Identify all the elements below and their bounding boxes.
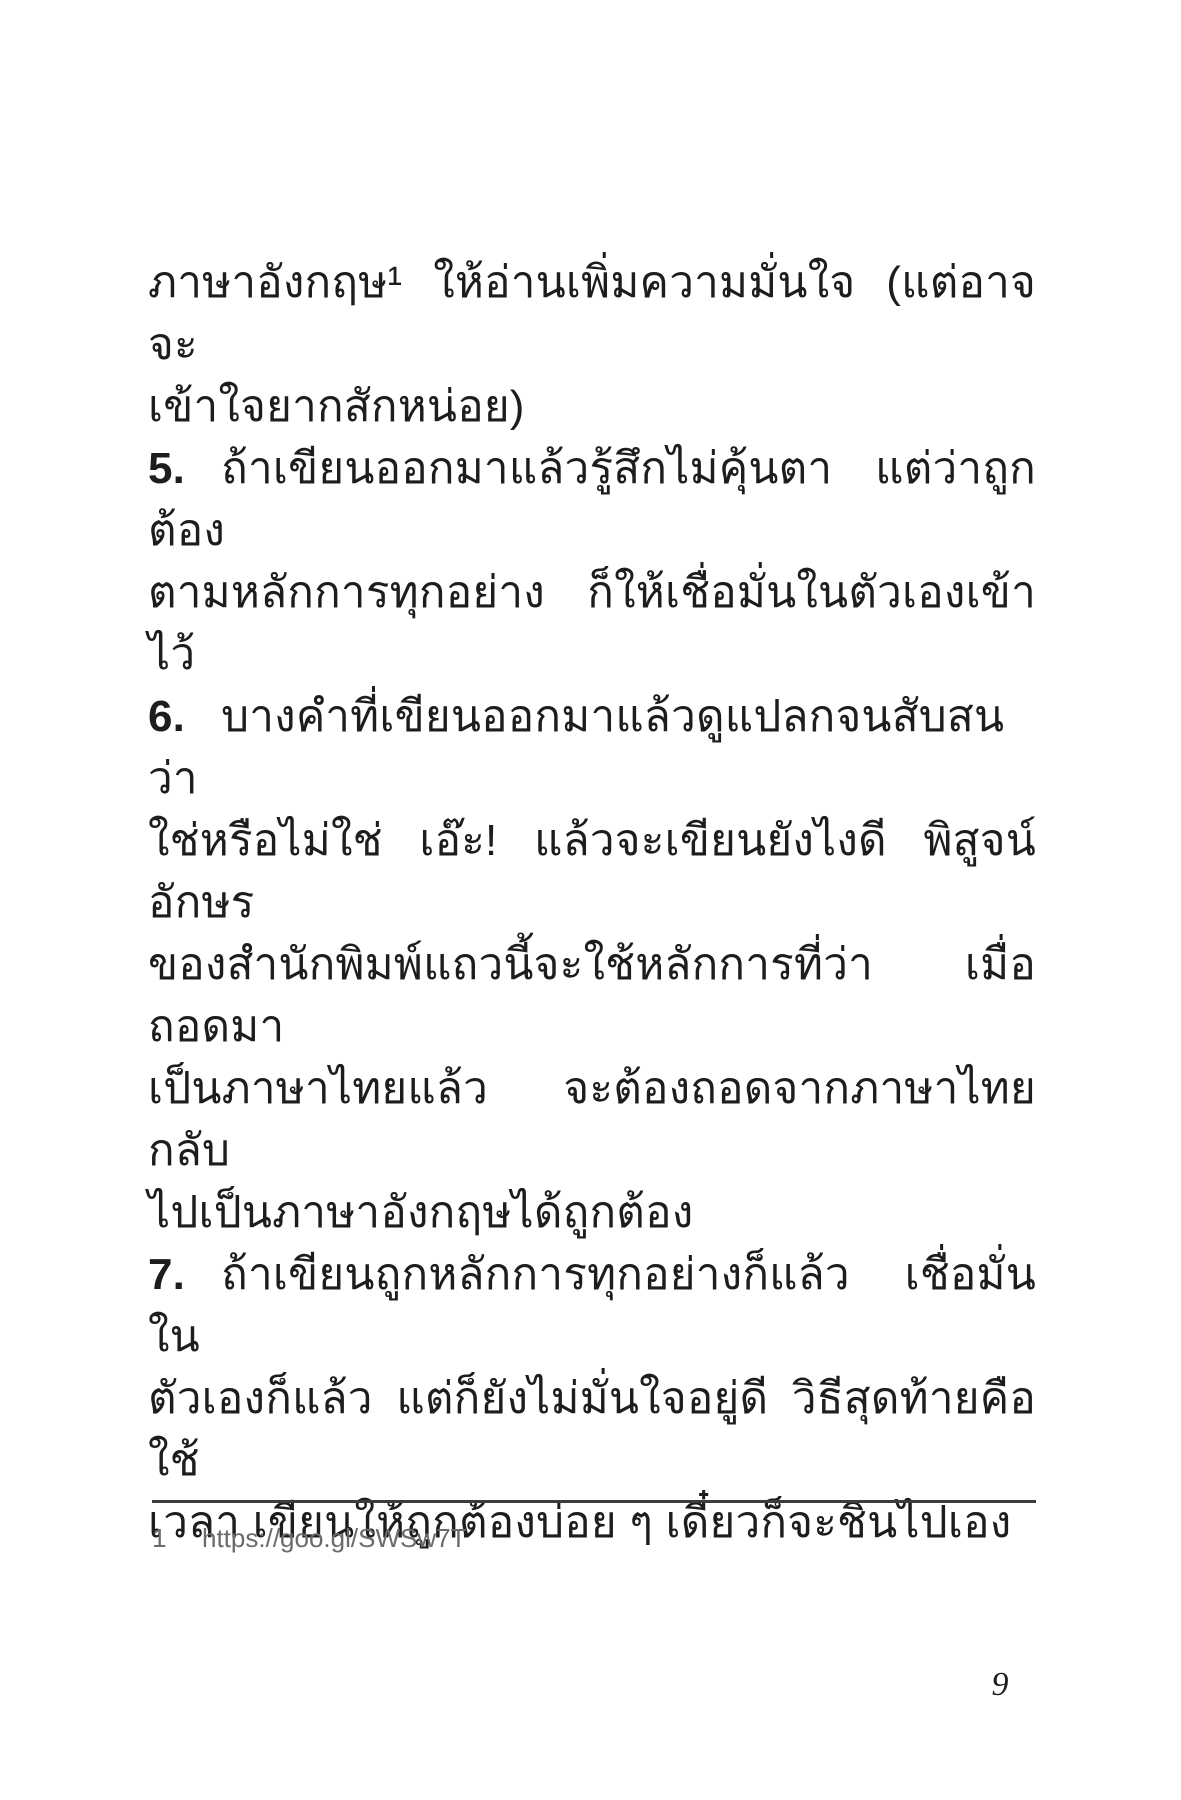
paragraph: 7.ถ้าเขียนถูกหลักการทุกอย่างก็แล้ว เชื่อ…	[148, 1244, 1036, 1554]
footnote-marker: 1	[152, 1518, 202, 1558]
text-line: ไปเป็นภาษาอังกฤษได้ถูกต้อง	[148, 1182, 1036, 1244]
text-line-content: ของสำนักพิมพ์แถวนี้จะใช้หลักการที่ว่า เม…	[148, 940, 1036, 1051]
text-line: เป็นภาษาไทยแล้ว จะต้องถอดจากภาษาไทยกลับ	[148, 1058, 1036, 1182]
text-line: ตัวเองก็แล้ว แต่ก็ยังไม่มั่นใจอยู่ดี วิธ…	[148, 1368, 1036, 1492]
text-line: เข้าใจยากสักหน่อย)	[148, 376, 1036, 438]
text-line-content: ตัวเองก็แล้ว แต่ก็ยังไม่มั่นใจอยู่ดี วิธ…	[148, 1374, 1036, 1485]
text-line-content: ตามหลักการทุกอย่าง ก็ให้เชื่อมั่นในตัวเอ…	[148, 568, 1036, 679]
footnote-divider	[152, 1500, 1036, 1503]
text-line-content: ใช่หรือไม่ใช่ เอ๊ะ! แล้วจะเขียนยังไงดี พ…	[148, 816, 1036, 927]
text-line-content: ถ้าเขียนถูกหลักการทุกอย่างก็แล้ว เชื่อมั…	[148, 1250, 1036, 1361]
page-number: 9	[955, 1666, 1045, 1704]
text-line: ภาษาอังกฤษ¹ ให้อ่านเพิ่มความมั่นใจ (แต่อ…	[148, 252, 1036, 376]
text-line: 6.บางคำที่เขียนออกมาแล้วดูแปลกจนสับสนว่า	[148, 686, 1036, 810]
body-text: ภาษาอังกฤษ¹ ให้อ่านเพิ่มความมั่นใจ (แต่อ…	[148, 252, 1036, 1554]
text-line-content: เป็นภาษาไทยแล้ว จะต้องถอดจากภาษาไทยกลับ	[148, 1064, 1036, 1175]
paragraph: ภาษาอังกฤษ¹ ให้อ่านเพิ่มความมั่นใจ (แต่อ…	[148, 252, 1036, 438]
list-item-number: 5.	[148, 444, 221, 493]
text-line-content: ถ้าเขียนออกมาแล้วรู้สึกไม่คุ้นตา แต่ว่าถ…	[148, 444, 1036, 555]
text-line-content: ไปเป็นภาษาอังกฤษได้ถูกต้อง	[148, 1188, 693, 1237]
list-item-number: 7.	[148, 1250, 221, 1299]
footnote: 1https://goo.gl/SWSw7T	[152, 1518, 1036, 1558]
text-line: 5.ถ้าเขียนออกมาแล้วรู้สึกไม่คุ้นตา แต่ว่…	[148, 438, 1036, 562]
text-line: ตามหลักการทุกอย่าง ก็ให้เชื่อมั่นในตัวเอ…	[148, 562, 1036, 686]
text-line: ใช่หรือไม่ใช่ เอ๊ะ! แล้วจะเขียนยังไงดี พ…	[148, 810, 1036, 934]
paragraph: 6.บางคำที่เขียนออกมาแล้วดูแปลกจนสับสนว่า…	[148, 686, 1036, 1244]
text-line-content: เข้าใจยากสักหน่อย)	[148, 382, 525, 431]
book-page: ภาษาอังกฤษ¹ ให้อ่านเพิ่มความมั่นใจ (แต่อ…	[0, 0, 1181, 1800]
footnote-link[interactable]: https://goo.gl/SWSw7T	[202, 1523, 466, 1553]
text-line-content: บางคำที่เขียนออกมาแล้วดูแปลกจนสับสนว่า	[148, 692, 1004, 803]
paragraph: 5.ถ้าเขียนออกมาแล้วรู้สึกไม่คุ้นตา แต่ว่…	[148, 438, 1036, 686]
text-line: ของสำนักพิมพ์แถวนี้จะใช้หลักการที่ว่า เม…	[148, 934, 1036, 1058]
text-line: 7.ถ้าเขียนถูกหลักการทุกอย่างก็แล้ว เชื่อ…	[148, 1244, 1036, 1368]
text-line-content: ภาษาอังกฤษ¹ ให้อ่านเพิ่มความมั่นใจ (แต่อ…	[148, 258, 1036, 369]
list-item-number: 6.	[148, 692, 221, 741]
